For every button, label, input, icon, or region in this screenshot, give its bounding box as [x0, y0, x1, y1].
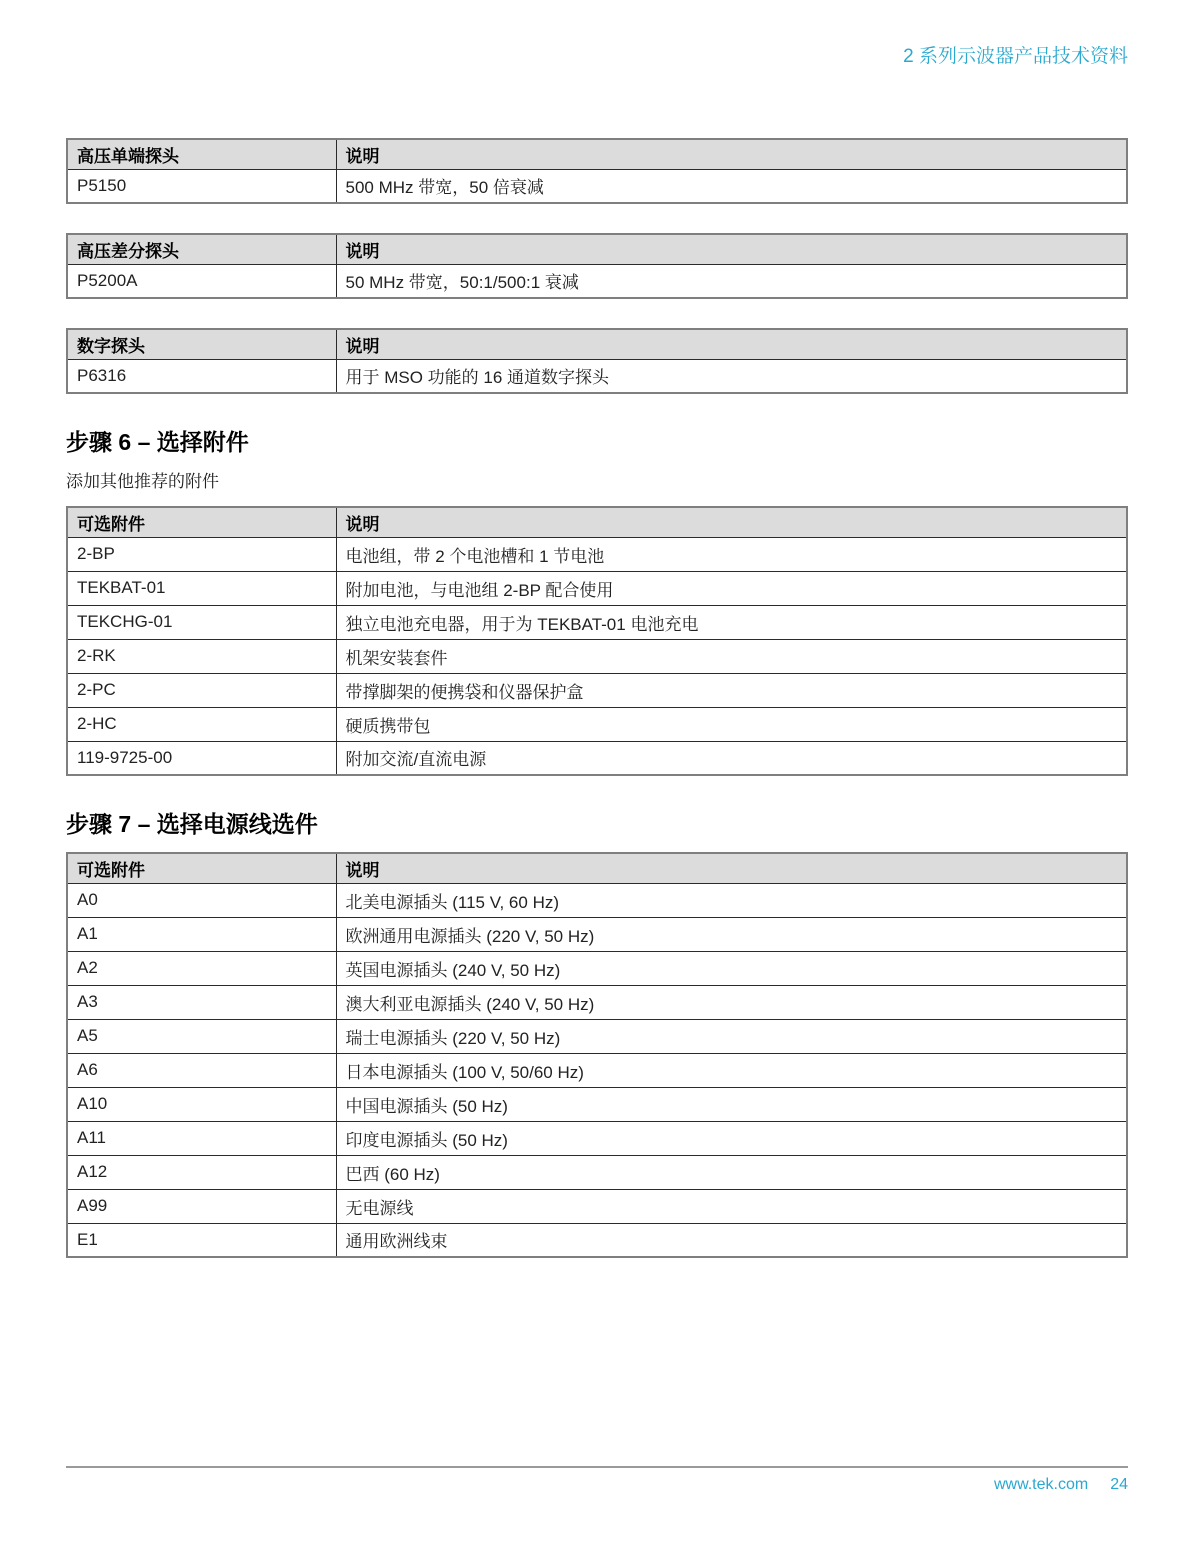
col-header-category: 可选附件: [67, 853, 336, 883]
col-header-description: 说明: [336, 234, 1127, 264]
table-row: A12 巴西 (60 Hz): [67, 1155, 1127, 1189]
model-cell: P5200A: [67, 264, 336, 298]
model-cell: A99: [67, 1189, 336, 1223]
model-cell: 2-BP: [67, 537, 336, 571]
table-row: TEKCHG-01 独立电池充电器，用于为 TEKBAT-01 电池充电: [67, 605, 1127, 639]
table-row: A5 瑞士电源插头 (220 V, 50 Hz): [67, 1019, 1127, 1053]
table-row: A11 印度电源插头 (50 Hz): [67, 1121, 1127, 1155]
model-cell: P5150: [67, 169, 336, 203]
table-row: 119-9725-00 附加交流/直流电源: [67, 741, 1127, 775]
footer-text: www.tek.com24: [66, 1476, 1128, 1494]
col-header-category: 可选附件: [67, 507, 336, 537]
table-row: A0 北美电源插头 (115 V, 60 Hz): [67, 883, 1127, 917]
table-row: A10 中国电源插头 (50 Hz): [67, 1087, 1127, 1121]
description-cell: 澳大利亚电源插头 (240 V, 50 Hz): [336, 985, 1127, 1019]
description-cell: 瑞士电源插头 (220 V, 50 Hz): [336, 1019, 1127, 1053]
model-cell: 2-HC: [67, 707, 336, 741]
table-hv-differential-probes: 高压差分探头 说明 P5200A 50 MHz 带宽，50:1/500:1 衰减: [66, 233, 1128, 299]
description-cell: 北美电源插头 (115 V, 60 Hz): [336, 883, 1127, 917]
section-heading-step6: 步骤 6 – 选择附件: [66, 427, 1128, 457]
description-cell: 巴西 (60 Hz): [336, 1155, 1127, 1189]
table-row: A1 欧洲通用电源插头 (220 V, 50 Hz): [67, 917, 1127, 951]
description-cell: 英国电源插头 (240 V, 50 Hz): [336, 951, 1127, 985]
description-cell: 用于 MSO 功能的 16 通道数字探头: [336, 359, 1127, 393]
table-row: E1 通用欧洲线束: [67, 1223, 1127, 1257]
table-row: 2-RK 机架安装套件: [67, 639, 1127, 673]
table-header-row: 高压差分探头 说明: [67, 234, 1127, 264]
model-cell: A6: [67, 1053, 336, 1087]
description-cell: 欧洲通用电源插头 (220 V, 50 Hz): [336, 917, 1127, 951]
description-cell: 硬质携带包: [336, 707, 1127, 741]
col-header-description: 说明: [336, 329, 1127, 359]
model-cell: TEKCHG-01: [67, 605, 336, 639]
model-cell: A3: [67, 985, 336, 1019]
model-cell: TEKBAT-01: [67, 571, 336, 605]
model-cell: A11: [67, 1121, 336, 1155]
description-cell: 机架安装套件: [336, 639, 1127, 673]
model-cell: A10: [67, 1087, 336, 1121]
table-row: 2-PC 带撑脚架的便携袋和仪器保护盒: [67, 673, 1127, 707]
col-header-description: 说明: [336, 139, 1127, 169]
table-row: A3 澳大利亚电源插头 (240 V, 50 Hz): [67, 985, 1127, 1019]
col-header-description: 说明: [336, 507, 1127, 537]
table-header-row: 数字探头 说明: [67, 329, 1127, 359]
description-cell: 500 MHz 带宽，50 倍衰减: [336, 169, 1127, 203]
description-cell: 带撑脚架的便携袋和仪器保护盒: [336, 673, 1127, 707]
table-optional-accessories: 可选附件 说明 2-BP 电池组，带 2 个电池槽和 1 节电池 TEKBAT-…: [66, 506, 1128, 776]
page-number: 24: [1110, 1476, 1128, 1493]
table-header-row: 可选附件 说明: [67, 507, 1127, 537]
model-cell: A1: [67, 917, 336, 951]
running-header: 2 系列示波器产品技术资料: [66, 45, 1128, 69]
table-row: P6316 用于 MSO 功能的 16 通道数字探头: [67, 359, 1127, 393]
page-content: 2 系列示波器产品技术资料 高压单端探头 说明 P5150 500 MHz 带宽…: [66, 0, 1128, 1258]
description-cell: 中国电源插头 (50 Hz): [336, 1087, 1127, 1121]
table-row: TEKBAT-01 附加电池，与电池组 2-BP 配合使用: [67, 571, 1127, 605]
description-cell: 印度电源插头 (50 Hz): [336, 1121, 1127, 1155]
table-row: A99 无电源线: [67, 1189, 1127, 1223]
document-page: 2 系列示波器产品技术资料 高压单端探头 说明 P5150 500 MHz 带宽…: [0, 0, 1199, 1551]
page-footer: www.tek.com24: [66, 1466, 1128, 1494]
table-power-cord-options: 可选附件 说明 A0 北美电源插头 (115 V, 60 Hz) A1 欧洲通用…: [66, 852, 1128, 1258]
table-header-row: 高压单端探头 说明: [67, 139, 1127, 169]
col-header-category: 高压单端探头: [67, 139, 336, 169]
table-digital-probes: 数字探头 说明 P6316 用于 MSO 功能的 16 通道数字探头: [66, 328, 1128, 394]
model-cell: 2-RK: [67, 639, 336, 673]
model-cell: A2: [67, 951, 336, 985]
table-row: 2-BP 电池组，带 2 个电池槽和 1 节电池: [67, 537, 1127, 571]
table-row: A2 英国电源插头 (240 V, 50 Hz): [67, 951, 1127, 985]
model-cell: A0: [67, 883, 336, 917]
col-header-category: 高压差分探头: [67, 234, 336, 264]
table-row: 2-HC 硬质携带包: [67, 707, 1127, 741]
model-cell: A5: [67, 1019, 336, 1053]
table-hv-single-ended-probes: 高压单端探头 说明 P5150 500 MHz 带宽，50 倍衰减: [66, 138, 1128, 204]
description-cell: 通用欧洲线束: [336, 1223, 1127, 1257]
description-cell: 电池组，带 2 个电池槽和 1 节电池: [336, 537, 1127, 571]
model-cell: P6316: [67, 359, 336, 393]
col-header-description: 说明: [336, 853, 1127, 883]
section-heading-step7: 步骤 7 – 选择电源线选件: [66, 809, 1128, 839]
col-header-category: 数字探头: [67, 329, 336, 359]
model-cell: A12: [67, 1155, 336, 1189]
tek-website-link[interactable]: www.tek.com: [994, 1476, 1088, 1493]
model-cell: 2-PC: [67, 673, 336, 707]
table-header-row: 可选附件 说明: [67, 853, 1127, 883]
table-row: A6 日本电源插头 (100 V, 50/60 Hz): [67, 1053, 1127, 1087]
model-cell: 119-9725-00: [67, 741, 336, 775]
model-cell: E1: [67, 1223, 336, 1257]
table-row: P5150 500 MHz 带宽，50 倍衰减: [67, 169, 1127, 203]
description-cell: 独立电池充电器，用于为 TEKBAT-01 电池充电: [336, 605, 1127, 639]
table-row: P5200A 50 MHz 带宽，50:1/500:1 衰减: [67, 264, 1127, 298]
description-cell: 附加交流/直流电源: [336, 741, 1127, 775]
step6-intro-text: 添加其他推荐的附件: [66, 471, 1128, 493]
description-cell: 无电源线: [336, 1189, 1127, 1223]
description-cell: 50 MHz 带宽，50:1/500:1 衰减: [336, 264, 1127, 298]
description-cell: 附加电池，与电池组 2-BP 配合使用: [336, 571, 1127, 605]
description-cell: 日本电源插头 (100 V, 50/60 Hz): [336, 1053, 1127, 1087]
footer-divider: [66, 1466, 1128, 1468]
